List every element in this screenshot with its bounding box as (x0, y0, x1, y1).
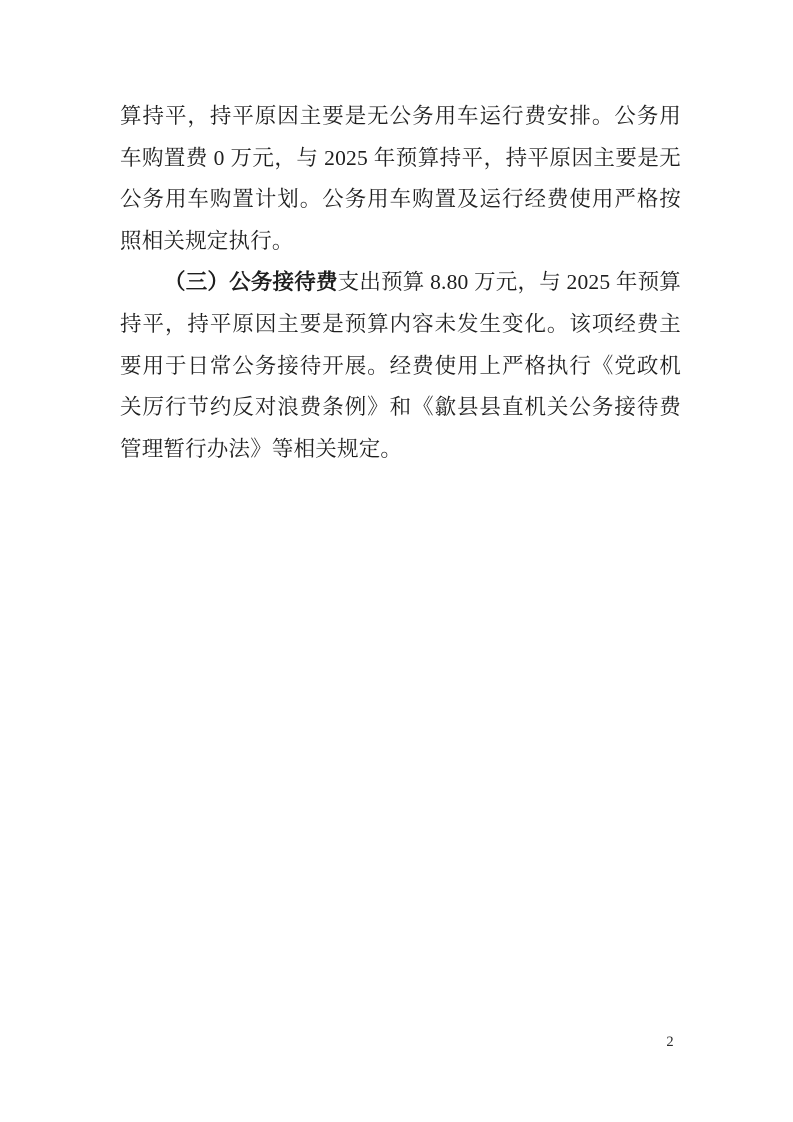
paragraph-vehicle-budget: 算持平，持平原因主要是无公务用车运行费安排。公务用车购置费 0 万元，与 202… (120, 96, 681, 262)
page-body: 算持平，持平原因主要是无公务用车运行费安排。公务用车购置费 0 万元，与 202… (120, 96, 681, 470)
paragraph-reception-fee: （三）公务接待费支出预算 8.80 万元，与 2025 年预算持平，持平原因主要… (120, 262, 681, 470)
page-number: 2 (659, 1033, 681, 1051)
document-page: 算持平，持平原因主要是无公务用车运行费安排。公务用车购置费 0 万元，与 202… (0, 0, 793, 1122)
paragraph-heading-bold: （三）公务接待费 (164, 270, 338, 294)
paragraph-text: 支出预算 8.80 万元，与 2025 年预算持平，持平原因主要是预算内容未发生… (120, 270, 681, 460)
paragraph-text: 算持平，持平原因主要是无公务用车运行费安排。公务用车购置费 0 万元，与 202… (120, 104, 681, 253)
